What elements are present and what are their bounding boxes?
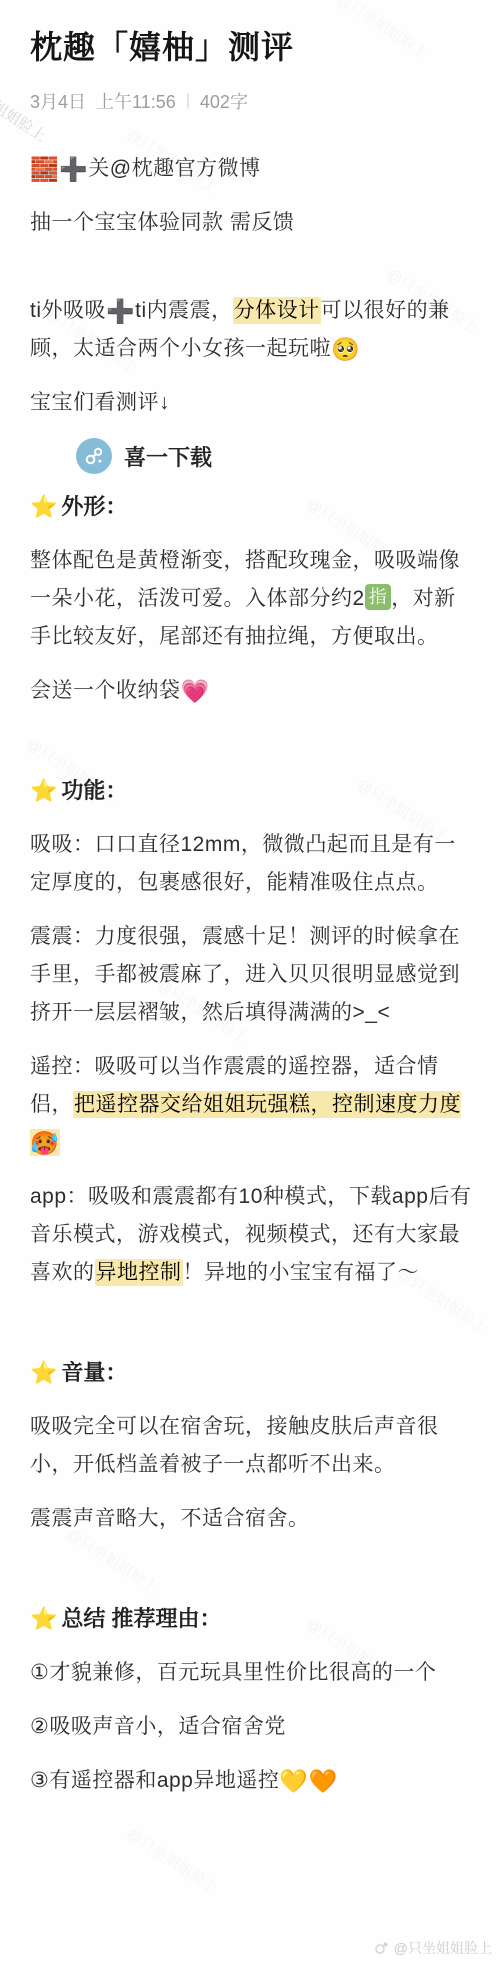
cta-line: 宝宝们看测评↓ [30,384,472,422]
post-date: 3月4日 [30,88,86,114]
highlight-remote-control: 把遥控器交给姐姐玩强糕，控制速度力度🥵 [30,1091,461,1156]
section-header-volume: ⭐音量： [30,1354,472,1392]
pleading-face-emoji-icon: 🥺 [331,336,360,362]
hot-face-emoji-icon: 🥵 [30,1130,59,1156]
watermark-logo-icon [374,1940,390,1956]
author-watermark: @只坐姐姐脸上 [374,1938,492,1958]
remote-highlight-text: 把遥控器交给姐姐玩强糕，控制速度力度 [74,1093,461,1116]
summary-item-3: ③有遥控器和app异地遥控💛🧡 [30,1762,472,1800]
suck-paragraph: 吸吸：口口直径12mm，微微凸起而且是有一定厚度的，包裹感很好，能精准吸住点点。 [30,826,472,902]
author-watermark-text: @只坐姐姐脸上 [394,1938,492,1958]
giveaway-line: 抽一个宝宝体验同款 需反馈 [30,204,472,242]
highlight-long-distance: 异地控制 [95,1259,183,1286]
shape-paragraph: 整体配色是黄橙渐变，搭配玫瑰金，吸吸端像一朵小花，活泼可爱。入体部分约2指，对新… [30,542,472,656]
word-count: 402字 [200,88,248,114]
overview-paragraph: ti外吸吸➕ti内震震，分体设计可以很好的兼顾，太适合两个小女孩一起玩啦🥺 [30,292,472,368]
app-part2: ！异地的小宝宝有福了～ [183,1261,420,1284]
page-title: 枕趣「嬉柚」测评 [30,26,472,68]
orange-heart-emoji-icon: 🧡 [309,1768,338,1794]
summary-item-1: ①才貌兼修，百元玩具里性价比很高的一个 [30,1654,472,1692]
highlight-split-design: 分体设计 [233,297,321,324]
pink-heart-emoji-icon: 💗 [181,678,210,704]
summary-item-2: ②吸吸声音小，适合宿舍党 [30,1708,472,1746]
vibrate-paragraph: 震震：力度很强，震感十足！测评的时候拿在手里，手都被震麻了，进入贝贝很明显感觉到… [30,918,472,1032]
link-icon [76,438,112,474]
section-header-shape: ⭐外形： [30,488,472,526]
overview-part2: ti内震震， [135,299,233,322]
yellow-heart-emoji-icon: 💛 [279,1768,308,1794]
meta-divider-icon: | [186,92,190,110]
summary-item-3-text: ③有遥控器和app异地遥控 [30,1769,279,1792]
section-title-summary: 总结 推荐理由： [61,1606,221,1631]
section-header-function: ⭐功能： [30,772,472,810]
volume-paragraph-2: 震震声音略大，不适合宿舍。 [30,1500,472,1538]
post-time: 上午11:56 [96,88,176,114]
finger-badge: 指 [365,584,392,610]
watermark: @只坐姐姐脸上 [123,1823,223,1898]
storage-bag-text: 会送一个收纳袋 [30,679,181,702]
section-title-volume: 音量： [61,1360,127,1385]
article-page: @只坐姐姐脸上 @只坐姐姐脸上 @只坐姐姐脸上 @只坐姐姐脸上 @只坐姐姐脸上 … [0,0,500,1966]
app-paragraph: app：吸吸和震震都有10种模式，下载app后有音乐模式，游戏模式，视频模式，还… [30,1178,472,1292]
post-meta: 3月4日 上午11:56 | 402字 [30,88,472,114]
star-emoji-icon: ⭐ [30,1360,57,1385]
star-emoji-icon: ⭐ [30,494,57,519]
follow-text: 关@枕趣官方微博 [88,157,260,180]
brick-emoji-icon: 🧱 [30,156,59,182]
download-link[interactable]: 喜一下载 [30,438,472,474]
plus-emoji-icon: ➕ [59,156,88,182]
overview-part1: ti外吸吸 [30,299,106,322]
follow-line: 🧱➕关@枕趣官方微博 [30,150,472,188]
star-emoji-icon: ⭐ [30,778,57,803]
download-link-label: 喜一下载 [124,441,212,472]
remote-paragraph: 遥控：吸吸可以当作震震的遥控器，适合情侣，把遥控器交给姐姐玩强糕，控制速度力度🥵 [30,1048,472,1162]
volume-paragraph-1: 吸吸完全可以在宿舍玩，接触皮肤后声音很小，开低档盖着被子一点都听不出来。 [30,1408,472,1484]
section-title-shape: 外形： [61,494,127,519]
plus-emoji-icon: ➕ [106,298,135,324]
storage-bag-line: 会送一个收纳袋💗 [30,672,472,710]
star-emoji-icon: ⭐ [30,1606,57,1631]
section-header-summary: ⭐总结 推荐理由： [30,1600,472,1638]
section-title-function: 功能： [61,778,127,803]
